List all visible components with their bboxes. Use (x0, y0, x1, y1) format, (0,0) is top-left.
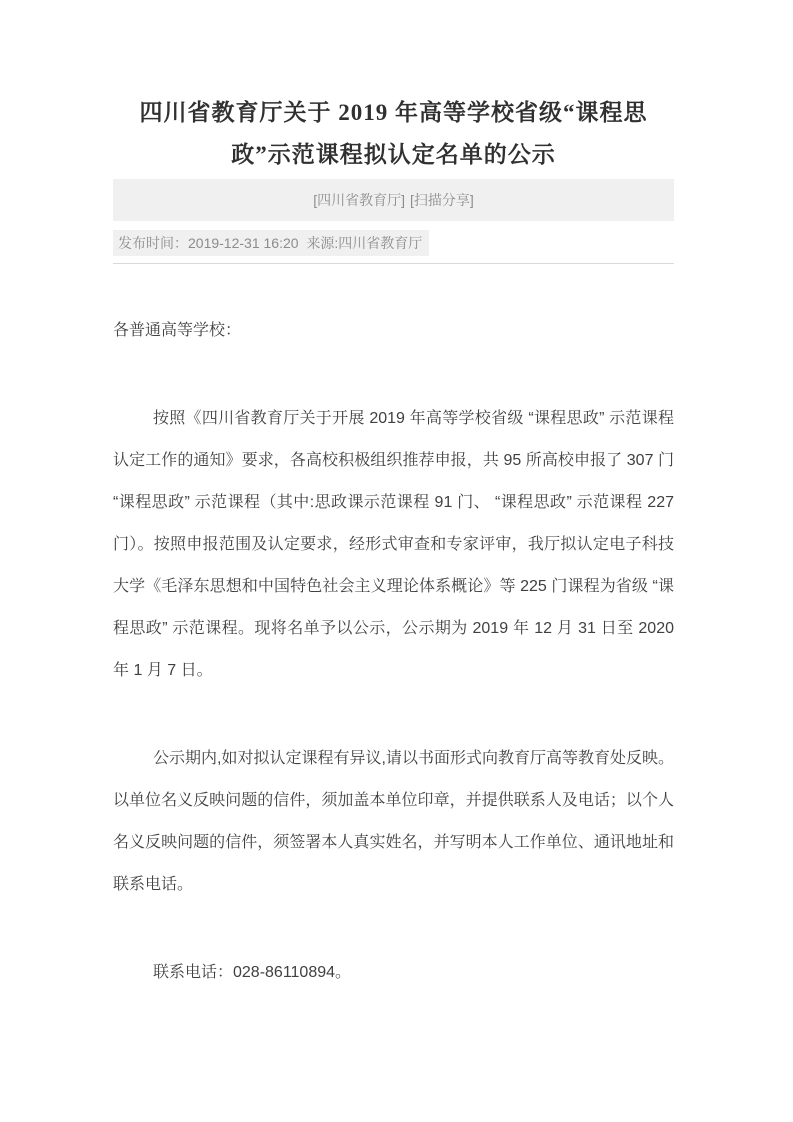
contact-paragraph: 联系电话：028-86110894。 (113, 952, 674, 994)
article-title: 四川省教育厅关于 2019 年高等学校省级“课程思政”示范课程拟认定名单的公示 (113, 92, 674, 176)
paragraph-objection: 公示期内,如对拟认定课程有异议,请以书面形式向教育厅高等教育处反映。以单位名义反… (113, 738, 674, 906)
publish-info-bar: 发布时间：2019-12-31 16:20 来源:四川省教育厅 (113, 230, 429, 256)
paragraph-approval: 按照《四川省教育厅关于开展 2019 年高等学校省级 “课程思政” 示范课程认定… (113, 398, 674, 692)
article-body: 各普通高等学校： 按照《四川省教育厅关于开展 2019 年高等学校省级 “课程思… (113, 310, 674, 994)
salutation: 各普通高等学校： (113, 310, 674, 352)
header-divider (113, 263, 674, 264)
article-container: 四川省教育厅关于 2019 年高等学校省级“课程思政”示范课程拟认定名单的公示 … (113, 0, 674, 994)
scan-share-link[interactable]: [扫描分享] (410, 192, 474, 208)
notice-page: 四川省教育厅关于 2019 年高等学校省级“课程思政”示范课程拟认定名单的公示 … (0, 0, 793, 1122)
share-bar: [四川省教育厅][扫描分享] (113, 179, 674, 221)
account-link[interactable]: [四川省教育厅] (313, 192, 405, 208)
